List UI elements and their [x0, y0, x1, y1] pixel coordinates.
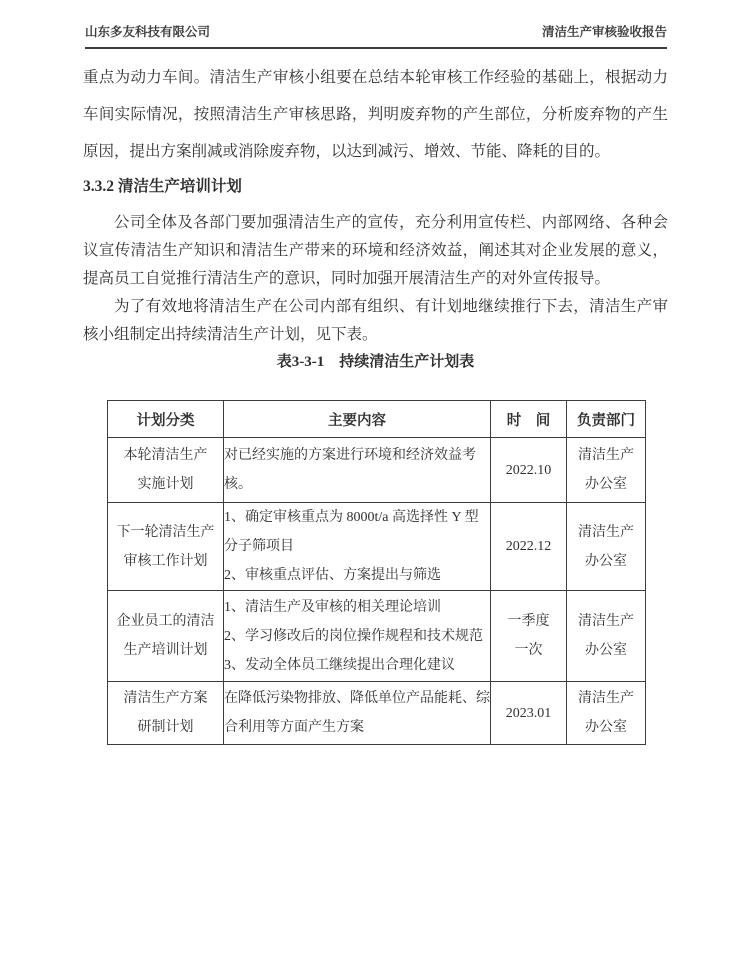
continuous-plan-table: 计划分类主要内容时 间负责部门 本轮清洁生产实施计划对已经实施的方案进行环境和经…: [107, 400, 646, 745]
header-company: 山东多友科技有限公司: [85, 22, 210, 40]
cell-category-line: 企业员工的清洁: [108, 607, 223, 636]
cell-department-line: 办公室: [567, 547, 645, 576]
header-report-title: 清洁生产审核验收报告: [542, 22, 667, 40]
document-page: 山东多友科技有限公司 清洁生产审核验收报告 重点为动力车间。清洁生产审核小组要在…: [0, 0, 750, 956]
paragraph-plan-intro: 为了有效地将清洁生产在公司内部有组织、有计划地继续推行下去，清洁生产审核小组制定…: [83, 293, 668, 349]
cell-category: 下一轮清洁生产审核工作计划: [108, 503, 224, 591]
cell-time: 2022.10: [491, 438, 567, 503]
cell-content: 对已经实施的方案进行环境和经济效益考核。: [224, 438, 491, 503]
cell-time: 2023.01: [491, 682, 567, 745]
column-header: 主要内容: [224, 401, 491, 438]
section-heading: 3.3.2 清洁生产培训计划: [83, 174, 668, 200]
cell-time: 2022.12: [491, 503, 567, 591]
column-header: 时 间: [491, 401, 567, 438]
cell-category-line: 审核工作计划: [108, 547, 223, 576]
cell-time: 一季度一次: [491, 591, 567, 682]
cell-department-line: 清洁生产: [567, 518, 645, 547]
cell-content-line: 2、审核重点评估、方案提出与筛选: [224, 561, 490, 590]
cell-department-line: 清洁生产: [567, 441, 645, 470]
cell-content: 1、确定审核重点为 8000t/a 高选择性 Y 型分子筛项目2、审核重点评估、…: [224, 503, 491, 591]
cell-category: 本轮清洁生产实施计划: [108, 438, 224, 503]
cell-category-line: 清洁生产方案: [108, 684, 223, 713]
table-row: 下一轮清洁生产审核工作计划1、确定审核重点为 8000t/a 高选择性 Y 型分…: [108, 503, 646, 591]
cell-content-line: 2、学习修改后的岗位操作规程和技术规范: [224, 622, 490, 651]
cell-department-line: 清洁生产: [567, 684, 645, 713]
cell-category-line: 下一轮清洁生产: [108, 518, 223, 547]
cell-time-line: 一季度: [491, 607, 566, 636]
table-row: 企业员工的清洁生产培训计划1、清洁生产及审核的相关理论培训2、学习修改后的岗位操…: [108, 591, 646, 682]
cell-department: 清洁生产办公室: [567, 682, 646, 745]
cell-time-line: 2023.01: [491, 699, 566, 728]
paragraph-training: 公司全体及各部门要加强清洁生产的宣传，充分利用宣传栏、内部网络、各种会议宣传清洁…: [83, 209, 668, 293]
cell-content: 在降低污染物排放、降低单位产品能耗、综合利用等方面产生方案: [224, 682, 491, 745]
column-header: 计划分类: [108, 401, 224, 438]
cell-content-line: 1、确定审核重点为 8000t/a 高选择性 Y 型分子筛项目: [224, 503, 490, 561]
cell-content-line: 在降低污染物排放、降低单位产品能耗、综合利用等方面产生方案: [224, 684, 490, 742]
paragraph-continuation: 重点为动力车间。清洁生产审核小组要在总结本轮审核工作经验的基础上，根据动力车间实…: [83, 59, 668, 170]
cell-time-line: 2022.10: [491, 456, 566, 485]
cell-department-line: 办公室: [567, 713, 645, 742]
cell-content-line: 3、发动全体员工继续提出合理化建议: [224, 651, 490, 680]
table-row: 本轮清洁生产实施计划对已经实施的方案进行环境和经济效益考核。2022.10清洁生…: [108, 438, 646, 503]
page-content: 重点为动力车间。清洁生产审核小组要在总结本轮审核工作经验的基础上，根据动力车间实…: [83, 59, 668, 745]
cell-department: 清洁生产办公室: [567, 438, 646, 503]
table-body: 本轮清洁生产实施计划对已经实施的方案进行环境和经济效益考核。2022.10清洁生…: [108, 438, 646, 745]
cell-category-line: 生产培训计划: [108, 636, 223, 665]
cell-department: 清洁生产办公室: [567, 591, 646, 682]
cell-time-line: 一次: [491, 636, 566, 665]
table-row: 清洁生产方案研制计划在降低污染物排放、降低单位产品能耗、综合利用等方面产生方案2…: [108, 682, 646, 745]
cell-content: 1、清洁生产及审核的相关理论培训2、学习修改后的岗位操作规程和技术规范3、发动全…: [224, 591, 491, 682]
cell-department-line: 办公室: [567, 636, 645, 665]
cell-category-line: 本轮清洁生产: [108, 441, 223, 470]
cell-category: 企业员工的清洁生产培训计划: [108, 591, 224, 682]
table-header-row: 计划分类主要内容时 间负责部门: [108, 401, 646, 438]
cell-category: 清洁生产方案研制计划: [108, 682, 224, 745]
cell-category-line: 实施计划: [108, 470, 223, 499]
cell-time-line: 2022.12: [491, 532, 566, 561]
cell-department-line: 清洁生产: [567, 607, 645, 636]
cell-content-line: 1、清洁生产及审核的相关理论培训: [224, 593, 490, 622]
cell-category-line: 研制计划: [108, 713, 223, 742]
cell-department: 清洁生产办公室: [567, 503, 646, 591]
table-caption: 表3-3-1 持续清洁生产计划表: [83, 351, 668, 373]
cell-content-line: 对已经实施的方案进行环境和经济效益考核。: [224, 441, 490, 499]
cell-department-line: 办公室: [567, 470, 645, 499]
page-header: 山东多友科技有限公司 清洁生产审核验收报告: [85, 22, 667, 49]
column-header: 负责部门: [567, 401, 646, 438]
